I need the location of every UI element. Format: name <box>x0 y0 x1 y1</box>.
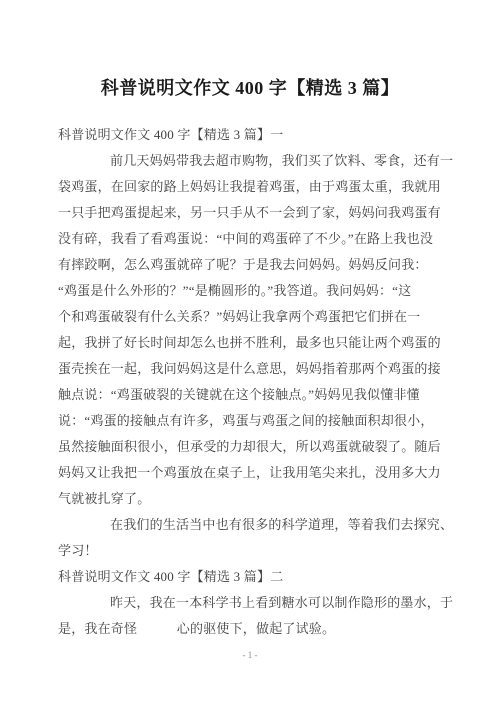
text-line: 学习！ <box>58 538 436 564</box>
text-line: 个和鸡蛋破裂有什么关系？”妈妈让我拿两个鸡蛋把它们拼在一 <box>58 304 436 330</box>
text-line: 在我们的生活当中也有很多的科学道理，等着我们去探究、 <box>58 512 436 538</box>
text-line: 说：“鸡蛋的接触点有许多，鸡蛋与鸡蛋之间的接触面积却很小， <box>58 408 436 434</box>
text-line: 前几天妈妈带我去超市购物，我们买了饮料、零食，还有一 <box>58 148 436 174</box>
text-line: 触点说：“鸡蛋破裂的关键就在这个接触点。”妈妈见我似懂非懂 <box>58 382 436 408</box>
text-line: 妈妈又让我把一个鸡蛋放在桌子上，让我用笔尖来扎，没用多大力 <box>58 460 436 486</box>
text-line: 科普说明文作文 400 字【精选 3 篇】二 <box>58 564 436 590</box>
text-line: 蛋壳挨在一起，我问妈妈这是什么意思，妈妈指着那两个鸡蛋的接 <box>58 356 436 382</box>
document-page: 科普说明文作文 400 字【精选 3 篇】 科普说明文作文 400 字【精选 3… <box>0 0 500 707</box>
text-line: 虽然接触面积很小，但承受的力却很大，所以鸡蛋就破裂了。随后 <box>58 434 436 460</box>
text-line: 有摔跤啊，怎么鸡蛋就碎了呢？于是我去问妈妈。妈妈反问我： <box>58 252 436 278</box>
text-line: 起，我拼了好长时间却怎么也拼不胜利，最多也只能让两个鸡蛋的 <box>58 330 436 356</box>
text-line: 一只手把鸡蛋提起来，另一只手从不一会到了家，妈妈问我鸡蛋有 <box>58 200 436 226</box>
text-line: 没有碎，我看了看鸡蛋说：“中间的鸡蛋碎了不少。”在路上我也没 <box>58 226 436 252</box>
page-number: - 1 - <box>0 649 500 661</box>
text-line: 气就被扎穿了。 <box>58 486 436 512</box>
text-line: 袋鸡蛋，在回家的路上妈妈让我提着鸡蛋，由于鸡蛋太重，我就用 <box>58 174 436 200</box>
text-line: 科普说明文作文 400 字【精选 3 篇】一 <box>58 122 436 148</box>
document-body: 科普说明文作文 400 字【精选 3 篇】一前几天妈妈带我去超市购物，我们买了饮… <box>58 122 436 642</box>
text-line: 昨天，我在一本科学书上看到糖水可以制作隐形的墨水，于 <box>58 590 436 616</box>
text-line: “鸡蛋是什么外形的？”“是椭圆形的。”我答道。我问妈妈：“这 <box>58 278 436 304</box>
document-title: 科普说明文作文 400 字【精选 3 篇】 <box>0 76 500 100</box>
text-line: 是，我在奇怪 心的驱使下，做起了试验。 <box>58 616 436 642</box>
